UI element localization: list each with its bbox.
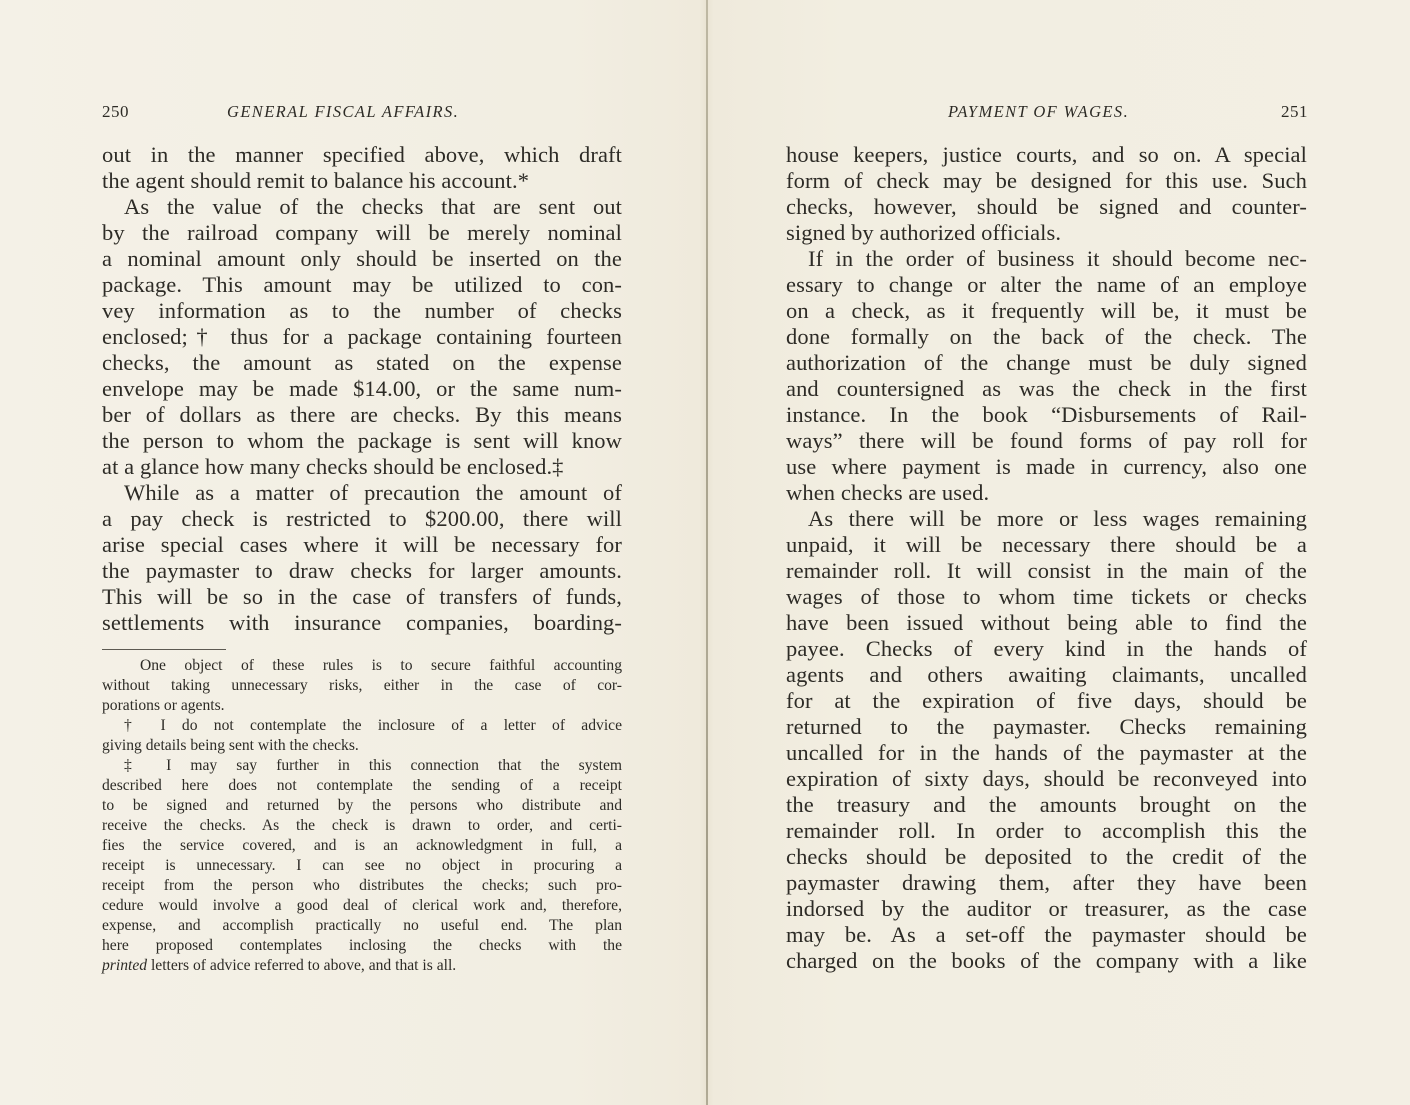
text-line: at a glance how many checks should be en… xyxy=(102,454,622,480)
text-line: As the value of the checks that are sent… xyxy=(102,194,622,220)
text-line: expiration of sixty days, should be reco… xyxy=(786,766,1307,792)
text-line: paymaster drawing them, after they have … xyxy=(786,870,1307,896)
footnote-line: One object of these rules is to secure f… xyxy=(102,656,622,676)
footnote-separator xyxy=(102,649,226,650)
text-line: a pay check is restricted to $200.00, th… xyxy=(102,506,622,532)
text-line: While as a matter of precaution the amou… xyxy=(102,480,622,506)
text-line: envelope may be made $14.00, or the same… xyxy=(102,376,622,402)
text-line: on a check, as it frequently will be, it… xyxy=(786,298,1307,324)
text-line: a nominal amount only should be inserted… xyxy=(102,246,622,272)
text-line: agents and others awaiting claimants, un… xyxy=(786,662,1307,688)
text-line: and countersigned as was the check in th… xyxy=(786,376,1307,402)
text-line: uncalled for in the hands of the paymast… xyxy=(786,740,1307,766)
text-line: the paymaster to draw checks for larger … xyxy=(102,558,622,584)
footnote-line: receipt is unnecessary. I can see no obj… xyxy=(102,856,622,876)
text-line: the treasury and the amounts brought on … xyxy=(786,792,1307,818)
text-line: payee. Checks of every kind in the hands… xyxy=(786,636,1307,662)
text-line: use where payment is made in currency, a… xyxy=(786,454,1307,480)
right-running-head: PAYMENT OF WAGES. 251 xyxy=(786,100,1308,124)
footnote-line: without taking unnecessary risks, either… xyxy=(102,676,622,696)
text-line: may be. As a set-off the paymaster shoul… xyxy=(786,922,1307,948)
text-line: authorization of the change must be duly… xyxy=(786,350,1307,376)
text-line: checks, however, should be signed and co… xyxy=(786,194,1307,220)
running-head-title: PAYMENT OF WAGES. xyxy=(948,100,1129,124)
text-line: package. This amount may be utilized to … xyxy=(102,272,622,298)
right-body-text: house keepers, justice courts, and so on… xyxy=(786,142,1307,974)
text-line: essary to change or alter the name of an… xyxy=(786,272,1307,298)
footnote-line: described here does not contemplate the … xyxy=(102,776,622,796)
footnote-line: porations or agents. xyxy=(102,696,622,716)
footnote-line: fies the service covered, and is an ackn… xyxy=(102,836,622,856)
text-line: charged on the books of the company with… xyxy=(786,948,1307,974)
page-number: 250 xyxy=(102,100,129,124)
text-line: for at the expiration of five days, shou… xyxy=(786,688,1307,714)
footnote-line: printed letters of advice referred to ab… xyxy=(102,956,622,976)
footnotes: One object of these rules is to secure f… xyxy=(102,656,622,976)
text-line: enclosed;† thus for a package containing… xyxy=(102,324,622,350)
footnote-line: receive the checks. As the check is draw… xyxy=(102,816,622,836)
text-line: house keepers, justice courts, and so on… xyxy=(786,142,1307,168)
text-line: form of check may be designed for this u… xyxy=(786,168,1307,194)
text-line: out in the manner specified above, which… xyxy=(102,142,622,168)
text-line: returned to the paymaster. Checks remain… xyxy=(786,714,1307,740)
footnote-line: receipt from the person who distributes … xyxy=(102,876,622,896)
text-line: This will be so in the case of transfers… xyxy=(102,584,622,610)
text-line: done formally on the back of the check. … xyxy=(786,324,1307,350)
footnote-line: giving details being sent with the check… xyxy=(102,736,622,756)
running-head-title: GENERAL FISCAL AFFAIRS. xyxy=(227,100,459,124)
text-line: indorsed by the auditor or treasurer, as… xyxy=(786,896,1307,922)
footnote-line: cedure would involve a good deal of cler… xyxy=(102,896,622,916)
footnote-line-text: letters of advice referred to above, and… xyxy=(147,957,456,974)
text-line: As there will be more or less wages rema… xyxy=(786,506,1307,532)
text-line: ber of dollars as there are checks. By t… xyxy=(102,402,622,428)
text-line: If in the order of business it should be… xyxy=(786,246,1307,272)
right-page: PAYMENT OF WAGES. 251 house keepers, jus… xyxy=(708,0,1410,1105)
text-line: remainder roll. It will consist in the m… xyxy=(786,558,1307,584)
footnote-line: expense, and accomplish practically no u… xyxy=(102,916,622,936)
text-line: wages of those to whom time tickets or c… xyxy=(786,584,1307,610)
italic-word: printed xyxy=(102,957,147,974)
text-line: arise special cases where it will be nec… xyxy=(102,532,622,558)
page-number: 251 xyxy=(1281,100,1308,124)
left-running-head: 250 GENERAL FISCAL AFFAIRS. xyxy=(102,100,624,124)
text-line: when checks are used. xyxy=(786,480,1307,506)
text-line: the agent should remit to balance his ac… xyxy=(102,168,622,194)
text-line: unpaid, it will be necessary there shoul… xyxy=(786,532,1307,558)
footnote-line: † I do not contemplate the inclosure of … xyxy=(102,716,622,736)
left-body-text: out in the manner specified above, which… xyxy=(102,142,622,636)
text-line: instance. In the book “Disbursements of … xyxy=(786,402,1307,428)
book-spread: 250 GENERAL FISCAL AFFAIRS. out in the m… xyxy=(0,0,1410,1105)
text-line: the person to whom the package is sent w… xyxy=(102,428,622,454)
text-line: checks, the amount as stated on the expe… xyxy=(102,350,622,376)
text-line: settlements with insurance companies, bo… xyxy=(102,610,622,636)
text-line: ways” there will be found forms of pay r… xyxy=(786,428,1307,454)
text-line: by the railroad company will be merely n… xyxy=(102,220,622,246)
text-line: have been issued without being able to f… xyxy=(786,610,1307,636)
footnote-line: ‡ I may say further in this connection t… xyxy=(102,756,622,776)
text-line: vey information as to the number of chec… xyxy=(102,298,622,324)
footnote-line: to be signed and returned by the persons… xyxy=(102,796,622,816)
left-page: 250 GENERAL FISCAL AFFAIRS. out in the m… xyxy=(0,0,706,1105)
text-line: remainder roll. In order to accomplish t… xyxy=(786,818,1307,844)
footnote-line: here proposed contemplates inclosing the… xyxy=(102,936,622,956)
text-line: checks should be deposited to the credit… xyxy=(786,844,1307,870)
text-line: signed by authorized officials. xyxy=(786,220,1307,246)
